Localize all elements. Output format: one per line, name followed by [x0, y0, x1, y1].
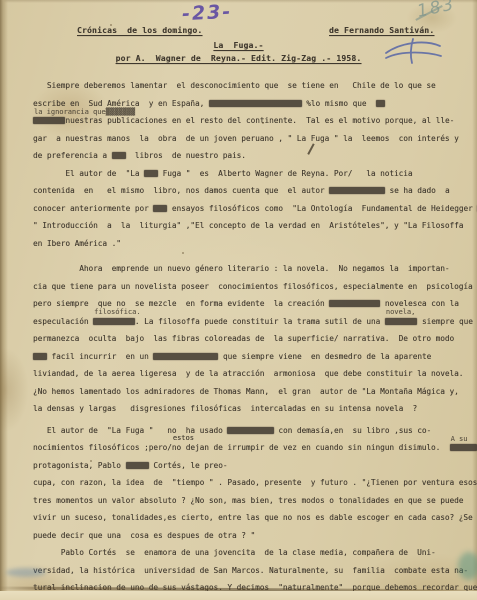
struck-out-text — [209, 100, 302, 107]
typed-text: Pablo Cortés se enamora de una jovencita… — [33, 548, 436, 557]
typed-text: no dejan de irrumpir de vez en cuando si… — [172, 443, 450, 452]
typed-line: gar a nuestras manos la obra de un joven… — [33, 130, 477, 148]
typed-line: la densas y largas disgresiones filosófi… — [33, 400, 477, 418]
series-title: Crónicas de los domingo. — [77, 26, 202, 35]
ink-smudge — [6, 568, 46, 577]
typed-text: cia que tiene para un novelista poseer c… — [33, 282, 473, 291]
typed-line: Ahora emprende un nuevo género literario… — [33, 260, 477, 278]
struck-out-text — [329, 187, 385, 194]
paper-speck — [182, 252, 184, 254]
typed-line: versidad, la histórica universidad de Sa… — [33, 562, 477, 580]
typed-text: nuestras publicaciones en el resto del c… — [65, 116, 454, 125]
typed-text: vivir un suceso, tonalidades,es cierto, … — [33, 513, 473, 522]
typed-text: facil incurrir en un — [47, 352, 153, 361]
interlinear-insert: filosófica. — [94, 308, 140, 316]
paper-speck — [110, 24, 112, 26]
typed-line: protagonista, Pablo Cortés, le preo- — [33, 457, 477, 475]
typed-text: en Ibero América ." — [33, 239, 121, 248]
struck-out-text — [329, 300, 380, 307]
typed-text: Siempre deberemos lamentar el desconocim… — [33, 81, 436, 90]
typed-text: Ahora emprende un nuevo género literario… — [33, 264, 450, 273]
typed-text: que siempre viene en desmedro de la apar… — [218, 352, 431, 361]
manuscript-page: -23- 183 Crónicas de los domingo. de Fer… — [0, 0, 477, 600]
paper-speck — [262, 122, 264, 124]
struck-out-text — [112, 152, 126, 159]
struck-out-text — [227, 427, 273, 434]
struck-out-text — [153, 353, 218, 360]
typed-text: conocer anteriormente por — [33, 204, 153, 213]
paragraph: Ahora emprende un nuevo género literario… — [33, 260, 477, 418]
typed-text: . La filosoffa puede constituir la trama… — [135, 317, 385, 326]
typed-line: tres momentos un valor absoluto ? ¿No so… — [33, 492, 477, 510]
typed-text: gar a nuestras manos la obra de un joven… — [33, 134, 459, 143]
struck-out-text: la ignorancia que▓▓▓▓▓▓▓ — [33, 117, 65, 124]
author-credit: de Fernando Santiván. — [329, 26, 434, 35]
typed-text: El autor de "La — [33, 169, 144, 178]
struck-out-text: A su — [450, 444, 477, 451]
typed-text: especulación — [33, 317, 93, 326]
struck-out-text — [126, 462, 149, 469]
typed-text: nocimientos filosóficos ;pero/ — [33, 443, 172, 452]
typed-text: ¿No hemos lamentado los admiradores de T… — [33, 387, 459, 396]
paragraph: El autor de "La Fuga " no ha usado con d… — [33, 422, 477, 545]
typed-line: Pablo Cortés se enamora de una jovencita… — [33, 544, 477, 562]
paragraph: El autor de "La Fuga " es Alberto Wagner… — [33, 165, 477, 253]
typed-line: puede decir que una cosa es despues de o… — [33, 527, 477, 545]
typed-text: libros de nuestro pais. — [126, 151, 246, 160]
typed-line: especulación filosófica.. La filosoffa p… — [33, 313, 477, 331]
typed-text: permanezca oculta bajo las fibras colore… — [33, 334, 454, 343]
typed-line: permanezca oculta bajo las fibras colore… — [33, 330, 477, 348]
interlinear-insert: A su — [451, 435, 468, 443]
page-bottom-strip — [0, 591, 477, 600]
typed-text: puede decir que una cosa es despues de o… — [33, 531, 255, 540]
typed-text: Cortés, le preo- — [149, 461, 228, 470]
struck-out-text — [376, 100, 385, 107]
paper-stain — [458, 552, 477, 580]
typed-text: ensayos filosóficos como "La Ontología F… — [167, 204, 477, 213]
typed-line: contenida en el mismo libro, nos damos c… — [33, 182, 477, 200]
struck-out-text: filosófica. — [93, 318, 135, 325]
typed-line: Siempre deberemos lamentar el desconocim… — [33, 77, 477, 95]
interlinear-insert: estos — [173, 434, 194, 442]
typed-line: la ignorancia que▓▓▓▓▓▓▓nuestras publica… — [33, 112, 477, 130]
handwritten-corner-number: 183 — [415, 0, 457, 22]
typed-text: contenida en el mismo libro, nos damos c… — [33, 186, 329, 195]
typed-text: versidad, la histórica universidad de Sa… — [33, 566, 468, 575]
typed-text: de preferencia a — [33, 151, 112, 160]
typed-line: nocimientos filosóficos ;pero/no dejan d… — [33, 439, 477, 457]
typed-line: facil incurrir en un que siempre viene e… — [33, 348, 477, 366]
typed-line: liviandad, de la aerea ligeresa y de la … — [33, 365, 477, 383]
interlinear-insert: novela, — [386, 308, 416, 316]
typed-text: se ha dado a — [385, 186, 450, 195]
struck-out-text: novela, — [385, 318, 417, 325]
typed-text: tres momentos un valor absoluto ? ¿No so… — [33, 496, 463, 505]
typed-text: %lo mismo que — [302, 99, 376, 108]
paragraph: Siempre deberemos lamentar el desconocim… — [33, 77, 477, 165]
handwritten-page-number: -23- — [181, 1, 232, 26]
typed-line: en Ibero América ." — [33, 235, 477, 253]
paper-speck — [90, 460, 92, 462]
struck-out-text — [33, 353, 47, 360]
typed-text: siempre que — [417, 317, 473, 326]
typed-line: El autor de "La Fuga " es Alberto Wagner… — [33, 165, 477, 183]
struck-out-text — [153, 205, 167, 212]
handwritten-scribble-icon — [382, 36, 444, 66]
typed-line: cia que tiene para un novelista poseer c… — [33, 278, 477, 296]
typed-line: cupa, con razon, la idea de "tiempo " . … — [33, 474, 477, 492]
typed-text: protagonista, Pablo — [33, 461, 126, 470]
typed-line: conocer anteriormente por ensayos filosó… — [33, 200, 477, 218]
typed-line: El autor de "La Fuga " no ha usado con d… — [33, 422, 477, 440]
typed-line: de preferencia a libros de nuestro pais. — [33, 147, 477, 165]
typed-text: liviandad, de la aerea ligeresa y de la … — [33, 369, 463, 378]
typed-text: " Introducción a la liturgia" ,"El conce… — [33, 221, 463, 230]
typed-text: la densas y largas disgresiones filosófi… — [33, 404, 417, 413]
typed-text: Fuga " es Alberto Wagner de Reyna. Por/ … — [158, 169, 413, 178]
interlinear-insert: la ignorancia que▓▓▓▓▓▓▓ — [34, 108, 135, 116]
typed-line: vivir un suceso, tonalidades,es cierto, … — [33, 509, 477, 527]
typed-text: El autor de "La Fuga " no ha usado — [33, 426, 227, 435]
paper-speck — [420, 302, 422, 304]
typed-line: ¿No hemos lamentado los admiradores de T… — [33, 383, 477, 401]
typed-text: cupa, con razon, la idea de "tiempo " . … — [33, 478, 477, 487]
typed-text: con demasía,en su libro ,sus co- — [274, 426, 431, 435]
struck-out-text — [144, 170, 158, 177]
typed-text: pero siempre que no se mezcle en forma e… — [33, 299, 329, 308]
typed-text: escribe en Sud América y en España, — [33, 99, 209, 108]
document-body: Siempre deberemos lamentar el desconocim… — [33, 77, 477, 597]
typed-line: " Introducción a la liturgia" ,"El conce… — [33, 217, 477, 235]
